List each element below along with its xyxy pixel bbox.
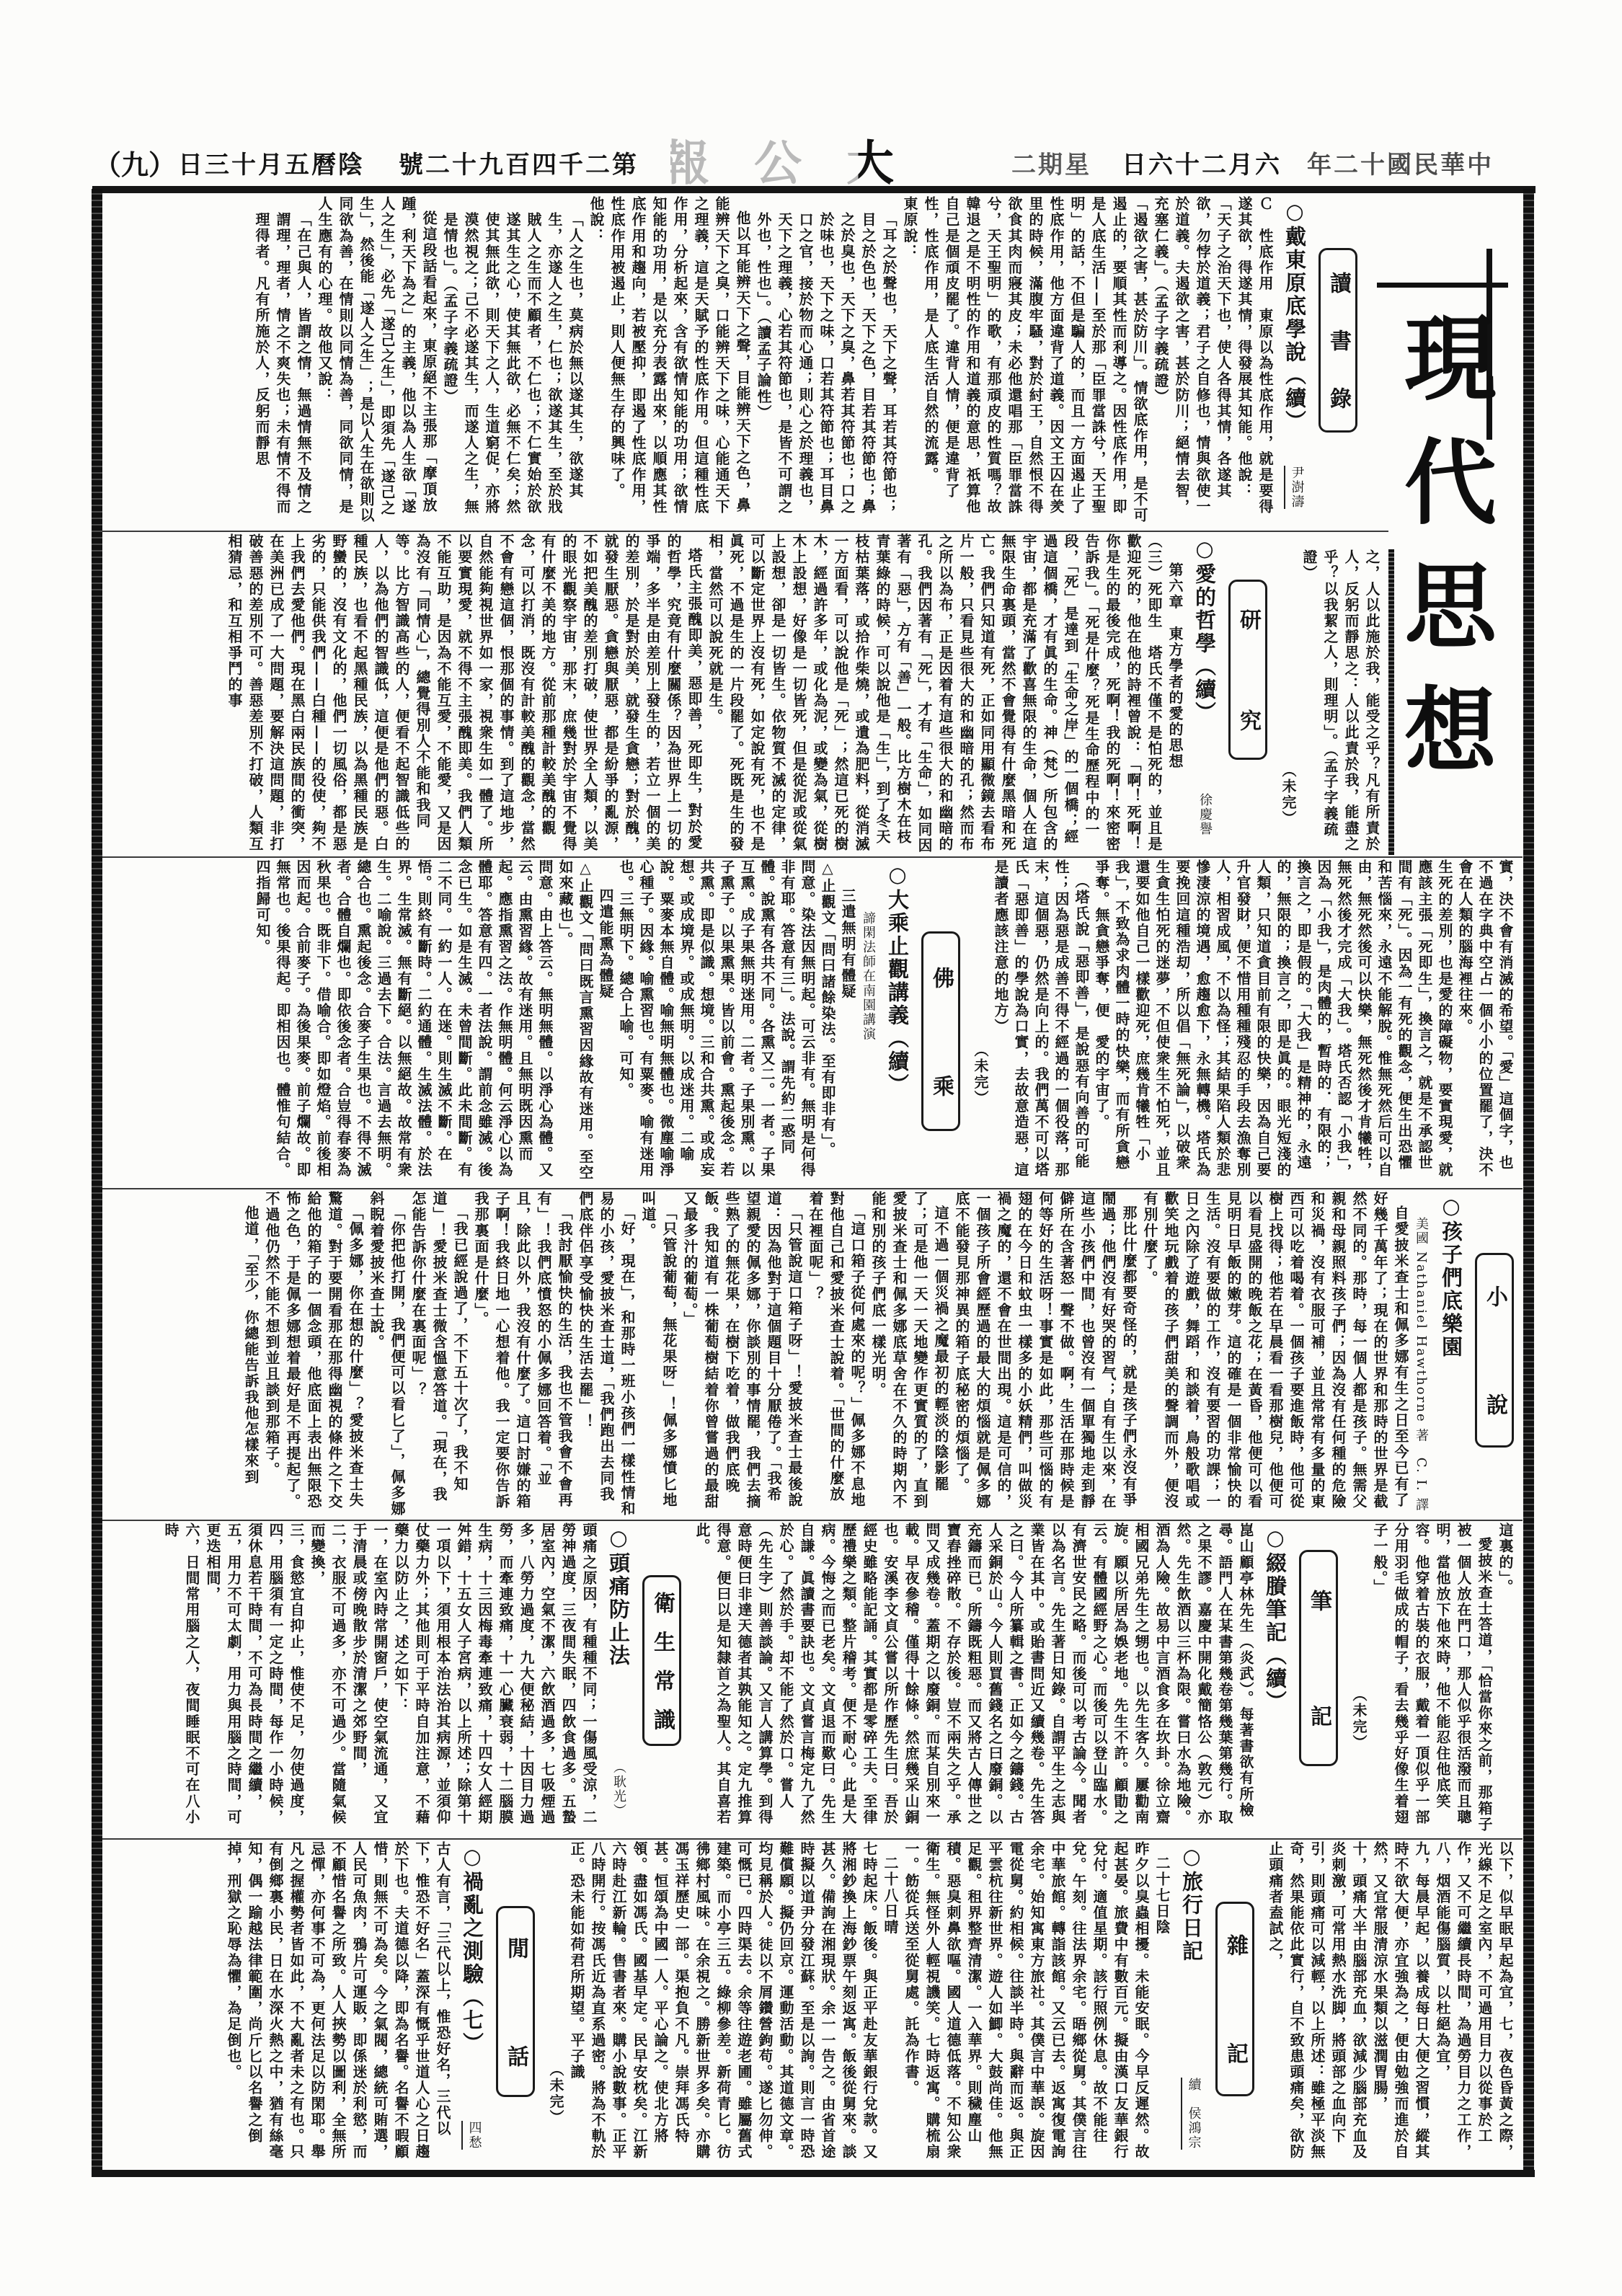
article-byline: 美國 Nathaniel Hawthorne 著 C. I. 譯: [1411, 1191, 1432, 1517]
paragraph: 七時起床。飯後。與正平赴友華銀行兌款。又將湘鈔換上海鈔票午刻返寓。飯後從舅來。談…: [566, 1841, 879, 2168]
article-title-column: ○禍亂之測驗（七） 四愁: [458, 1841, 486, 2168]
subsection-heading: 四遣能熏為體疑: [595, 859, 616, 1185]
section-label-box: 閒話: [496, 1906, 535, 2097]
paragraph: 這不過一個災禍之魔最初的輕淡的陰影罷了；可是他一天一天地變作更實質的了，直到愛披…: [867, 1191, 951, 1517]
page-border-left: [92, 189, 102, 2176]
section-label-box: 研究: [1228, 580, 1267, 760]
paragraph: 自愛披米查士和佩多娜有生之日至今已有了好幾千萬年了；現在的世界和那時的世界是截然…: [1139, 1191, 1411, 1517]
list-item: 四，用腦須有一定之時間，每作一小時候，須休息若干時間，不可為長時間之繼續，: [244, 1522, 285, 1837]
paragraph: 塔氏主張醜即美，惡即善，死即生，對於愛的哲學，究竟有什麼關係？因為世界上一切的爭…: [223, 533, 704, 855]
paragraph: △止觀文「問曰諸餘染法。至有即非有」。: [817, 859, 838, 1185]
newspaper-page: （九） 陰曆五月十三日 第二千四百九十二號 大公報 星期二 六月二十六日 中華民…: [0, 0, 1622, 2296]
to-be-continued-mark: （未完）: [1277, 533, 1298, 855]
paragraph: 生死的差別，也是愛的障礙物，要實現愛，就應該主張「死即生」，換言之，就是不承認世…: [1091, 859, 1455, 1185]
paragraph: 頭痛之原因，有種種不同；一傷風受涼，二勞神過度，三夜間失眠，四飲食過多。五蟄居室…: [390, 1522, 599, 1837]
section-label-text: 小說: [1477, 1285, 1512, 1502]
article-title-column: ○旅行日記 續 侯鴻宗: [1178, 1841, 1205, 2168]
article-author: 續 侯鴻宗: [1181, 2078, 1203, 2150]
quotation: 「在己與人，皆謂之情，無過情無不及情之謂理，理者，情之不爽失也；未有情不得而理得…: [251, 196, 314, 528]
paragraph-continued: 這裏的」。: [1494, 1522, 1515, 1837]
paragraph: 「我討厭愉快的生活，我也不管我會不會再有」！我們底憤怒的小佩多娜回答着。「並且，…: [470, 1191, 575, 1517]
row-divider: [102, 856, 1523, 858]
paragraph: 他說：: [585, 196, 606, 528]
paragraph: 他以耳能辨天下之聲，目能辨天下之色，鼻能辨天下之臭，口能辨天下之味，心能通天下之…: [606, 196, 753, 528]
list-item: 八，烟酒能傷腦質，以杜絕為宜，: [1432, 1841, 1453, 2168]
article-title: ○頭痛防止法: [605, 1525, 632, 1667]
content-row-1: 讀書錄 ○戴東原底學說（續） 尹澍濤 Ｃ 性底作用 東原以為性底作用，就是要得遂…: [103, 196, 1388, 528]
paragraph: △止觀文「問曰既言熏習因緣故有迷用。至空如來藏也」。: [555, 859, 595, 1185]
paragraph: 古人有言，「三代以上，惟恐好名，三代以下，惟恐不好名」蓋深有慨乎世道人心之日趨於…: [223, 1841, 453, 2168]
paragraph: 「只管說葡萄，無花果呀」！佩多娜憤匕地叫道。: [637, 1191, 679, 1517]
article-title: ○孩子們底樂園: [1437, 1194, 1465, 1359]
paragraph: 「這口箱子從何處來的呢？」佩多娜不息地對他自己和愛披米查士說着。「世間的什麼放着…: [805, 1191, 867, 1517]
article-title: ○綴賸筆記（續）: [1262, 1525, 1289, 1714]
section-label-box: 小說: [1475, 1253, 1514, 1448]
row-divider: [102, 1520, 1523, 1521]
diary-date: 二十七日陰: [1151, 1841, 1172, 2168]
section-label-box: 筆記: [1299, 1550, 1338, 1766]
paragraph: 「佩多娜，你在想的什麼」？愛披米查士失驚道。對于要開看那在那得幽視的條件之下交給…: [261, 1191, 365, 1517]
list-item: 九，每晨早起，以養成每日大便之習慣，縱其時不欲大便，亦宜強為之，便由勉強而進於自…: [1369, 1841, 1432, 2168]
article-author: （耿光）: [609, 1760, 628, 1818]
article-title: ○旅行日記: [1178, 1844, 1205, 1963]
article-author: 徐慶譽: [1195, 793, 1214, 836]
paragraph: 「好，現在」，和那時一班小孩們一樣性情和易的小孩，愛披米查士道，「我們跑出去同我…: [575, 1191, 637, 1517]
paragraph: （三）死即生 塔氏不僅不是怕死的，並且是歡迎死的，他在他的詩裡曾說：「啊！死啊！…: [704, 533, 1164, 855]
article-title-column: ○大乘止觀講義（續）: [884, 859, 911, 1185]
row-divider: [102, 1838, 1523, 1840]
paragraph: （塔氏說「惡即善」，是說惡有向善的可能性；因為惡是成善不得不經過的一個役落，那末…: [991, 859, 1091, 1185]
paragraph: 昨夕以臭蟲相擾。未能安眠。今早反遲然。故起甚晏。旅費中有數百元。擬由漢口友華銀行…: [900, 1841, 1151, 2168]
year: 中華民國十二年: [1313, 146, 1494, 184]
section-label-text: 筆記: [1301, 1590, 1336, 1820]
paragraph: 問意。由上答云。無明無體。以淨心為體。又云。由熏習緣。故有迷用。且無明既因熏而起…: [252, 859, 555, 1185]
row-divider: [102, 1188, 1523, 1189]
article-title-column: ○戴東原底學說（續） 尹澍濤: [1281, 196, 1308, 528]
to-be-continued-mark: （未完）: [1348, 1522, 1369, 1837]
article-author: 四愁: [461, 2121, 484, 2150]
quotation: 「天子之治天下也，使人各得其情，各遂其欲，勿悖於道義；君子之自修也，情與欲使一於…: [1150, 196, 1233, 528]
section-label-text: 衛生常識: [644, 1592, 679, 1747]
issue-number: 第二千四百九十二號: [448, 146, 639, 184]
page-number: （九）: [110, 146, 176, 184]
paragraph: 「只管說這口箱子呀」！愛披米查士最後說道：因為他對于這個題目十分厭倦了。「我希望…: [679, 1191, 805, 1517]
paragraph: 問意。染法因無明起。可云非有。無明是何得非有耶。答意有三」。法說。謂先約二惑同體…: [616, 859, 817, 1185]
list-item: 六，日間常用腦之人，夜間睡眠不可在八小時: [160, 1522, 202, 1837]
section-label-box: 讀書錄: [1319, 248, 1357, 433]
month-day: 六月二十六日: [1130, 146, 1282, 184]
section-label-box: 佛乘: [921, 931, 960, 1131]
section-label-box: 雜記: [1215, 1902, 1254, 2096]
article-title: ○大乘止觀講義（續）: [884, 862, 911, 1096]
content-row-6: 以下，似早眠早起為宜，七，夜色昏黃之際，光線不足之室內，不可過用目力以從事於工作…: [103, 1841, 1521, 2168]
paragraph: Ｃ 性底作用 東原以為性底作用，就是要得遂其欲，得遂其情，得發展其知能。他說：: [1233, 196, 1275, 528]
paragraph: 那比什麼都要奇怪的，就是孩子們永沒有爭鬧過；他們沒有好哭的習气；自有生以來，在這…: [951, 1191, 1139, 1517]
article-title-column: ○孩子們底樂園: [1437, 1191, 1465, 1517]
article-title: ○愛的哲學（續）: [1191, 536, 1218, 724]
diary-date: 二十八日晴: [879, 1841, 900, 2168]
article-byline: 諦閑法師在南園講演: [858, 859, 878, 1185]
article-title-column: ○愛的哲學（續） 徐慶譽: [1191, 533, 1218, 855]
content-row-4: 小說 ○孩子們底樂園 美國 Nathaniel Hawthorne 著 C. I…: [103, 1191, 1521, 1517]
quotation-continued: 之，人以此施於我，能受之乎？凡有所責於人，反躬而靜思之：人以此責於我，能盡之乎？…: [1298, 533, 1382, 855]
list-item: 三，食慾宜自抑止，惟使不足，勿使過度，: [285, 1522, 306, 1837]
list-item: 十，頭痛大半由腦部充血，欲減少腦部充血及炎刺激，可常用熱水洗脚，將頭部之血向下引…: [1264, 1841, 1369, 2168]
paragraph: 「遏欲之害，甚於防川」。情欲底作用，是不可遏止的，要順其性而利導之。因性底作用，…: [920, 196, 1150, 528]
paragraph-continued: 實，決不會有消滅的希望。「愛」這個字，也不過在字典中空占一個小小的位置罷了，決不…: [1455, 859, 1515, 1185]
chapter-heading: 第六章 東方學者的愛的思想: [1164, 533, 1185, 855]
section-label-text: 研究: [1231, 608, 1265, 810]
list-item-continued: 以下，似早眠早起為宜，七，夜色昏黃之際，光線不足之室內，不可過用目力以從事於工作…: [1453, 1841, 1515, 2168]
lunar-date: 陰曆五月十三日: [206, 146, 365, 184]
article-author: 尹澍濤: [1284, 466, 1306, 509]
article-title-column: ○頭痛防止法 （耿光）: [605, 1522, 632, 1837]
list-item: 一，在室內時常開窗戶，使空氣流通，又宜于清晨或傍晚散步於清潔之郊野間，: [348, 1522, 390, 1837]
content-row-3: 實，決不會有消滅的希望。「愛」這個字，也不過在字典中空占一個小小的位置罷了，決不…: [103, 859, 1521, 1185]
to-be-continued-mark: （未完）: [970, 859, 991, 1185]
article-title: ○禍亂之測驗（七）: [458, 1844, 486, 2055]
quotation: 「耳之於聲也，天下之聲，耳若其符節也；目之於色也，天下之色，目若其符節也；鼻之於…: [753, 196, 899, 528]
article-title: ○戴東原底學說（續）: [1281, 199, 1308, 433]
section-label-text: 閒話: [498, 1937, 533, 2153]
list-item: 二，衣服不可過多，亦不可過少。當隨氣候而變換，: [306, 1522, 348, 1837]
supplement-title: 現代思想: [1395, 310, 1490, 843]
article-title-column: ○綴賸筆記（續）: [1262, 1522, 1289, 1837]
paragraph: 他道，「至少，你總能告訴我他怎樣來到: [240, 1191, 261, 1517]
paragraph: 「我已經說過了，不下五十次了，我不知道」！愛披米查士微含慍意答道。「現在，我怎能…: [407, 1191, 470, 1517]
paragraph: 「你把他打開，我們便可以看匕了」，佩多娜斜睨着愛披米查士說。: [365, 1191, 407, 1517]
quotation: 「人之生也，莫病於無以遂其生，欲遂其生，亦遂人之生，仁也；欲遂其生，至於戕賊人之…: [439, 196, 585, 528]
section-label-box: 衛生常識: [642, 1575, 681, 1746]
paragraph: 崑山顧亭林先生（炎武）。每著書欲有所檢尋。語門人在某書第幾卷第幾葉第幾行。取之果…: [691, 1522, 1256, 1837]
content-row-5: 這裏的」。 愛披米查士答道，「恰當你來之前，那箱子被一個人放在門口，那人似乎很活…: [103, 1522, 1521, 1837]
paragraph: 從這段話看起來，東原絕不主張那「摩頂放踵，利天下為之」的主義，他以為人生欲「遂人…: [314, 196, 439, 528]
section-label-text: 雜記: [1218, 1934, 1252, 2150]
section-label-text: 佛乘: [923, 967, 958, 1183]
weekday: 星期二: [1012, 146, 1091, 184]
subsection-heading: 三遣無明有體疑: [838, 859, 858, 1185]
row-divider: [102, 531, 1388, 532]
list-item: 五，用力不可太劇，用力與用腦之時間，可更迭相間，: [202, 1522, 244, 1837]
paragraph: 東原說：: [899, 196, 920, 528]
paragraph: 愛披米查士答道，「恰當你來之前，那箱子被一個人放在門口，那人似乎很活潑而且聰明，…: [1369, 1522, 1494, 1837]
page-border-bottom: [92, 2170, 1535, 2177]
content-row-2: 之，人以此施於我，能受之乎？凡有所責於人，反躬而靜思之：人以此責於我，能盡之乎？…: [103, 533, 1388, 855]
to-be-continued-mark: （未完）: [545, 1841, 566, 2168]
newspaper-name: 大公報: [670, 134, 939, 192]
section-label-text: 讀書錄: [1321, 272, 1355, 445]
masthead-rule: [92, 186, 1535, 193]
page-border-right: [1523, 189, 1534, 2176]
